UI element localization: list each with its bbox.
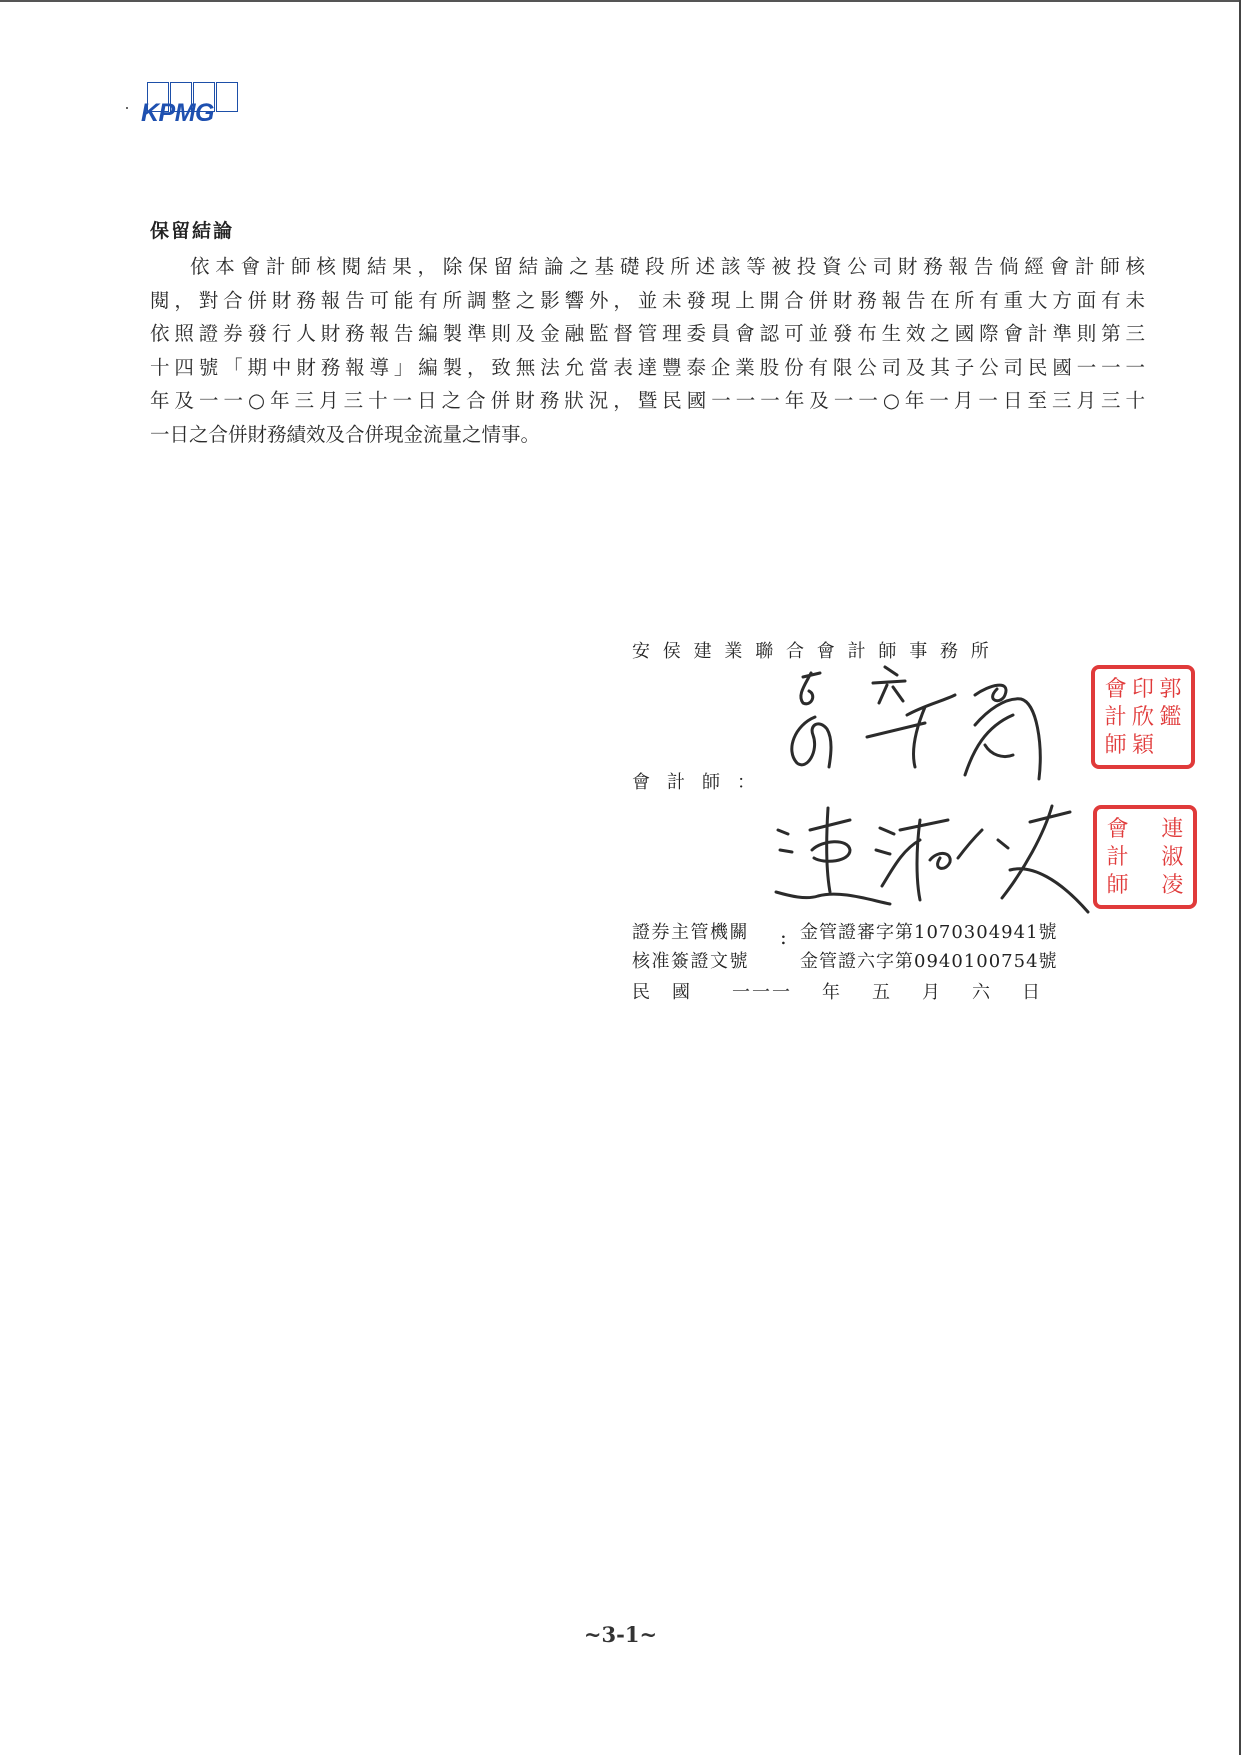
section-heading: 保留結論 [150, 216, 234, 243]
date-part: 年 [822, 978, 872, 1004]
date-part: 國 [672, 978, 732, 1004]
report-date: 民國一一一年五月六日 [632, 978, 1052, 1004]
paragraph-line: 閱，對合併財務報告可能有所調整之影響外，並未發現上開合併財務報告在所有重大方面有… [150, 284, 1145, 318]
registration-value: 金管證六字第0940100754號 [800, 947, 1058, 976]
registration-info: 證券主管機關 金管證審字第1070304941號 核准簽證文號 金管證六字第09… [632, 918, 1058, 976]
date-part: 民 [632, 978, 672, 1004]
logo-text: KPMG [141, 99, 214, 128]
date-part: 六 [972, 978, 1022, 1004]
registration-colon: : [780, 927, 787, 947]
paragraph-line: 依本會計師核閱結果，除保留結論之基礎段所述該等被投資公司財務報告倘經會計師核 [150, 250, 1145, 284]
registration-value: 金管證審字第1070304941號 [800, 918, 1058, 947]
paragraph-line: 十四號「期中財務報導」編製，致無法允當表達豐泰企業股份有限公司及其子公司民國一一… [150, 351, 1145, 385]
paragraph-line: 一日之合併財務績效及合併現金流量之情事。 [150, 418, 1145, 452]
handwritten-signature-2 [770, 800, 1100, 915]
scan-top-edge [0, 0, 1241, 2]
registration-label: 核准簽證文號 [632, 947, 800, 976]
date-part: 日 [1022, 978, 1052, 1004]
registration-label: 證券主管機關 [632, 918, 800, 947]
paragraph-line: 年及一一○年三月三十一日之合併財務狀況，暨民國一一一年及一一○年一月一日至三月三… [150, 384, 1145, 418]
conclusion-paragraph: 依本會計師核閱結果，除保留結論之基礎段所述該等被投資公司財務報告倘經會計師核 閱… [150, 250, 1145, 451]
kpmg-logo: KPMG [141, 82, 241, 124]
handwritten-signature-1 [775, 655, 1095, 785]
paragraph-line: 依照證券發行人財務報告編製準則及金融監督管理委員會認可並發布生效之國際會計準則第… [150, 317, 1145, 351]
date-part: 五 [872, 978, 922, 1004]
registration-row: 核准簽證文號 金管證六字第0940100754號 [632, 947, 1058, 976]
registration-row: 證券主管機關 金管證審字第1070304941號 [632, 918, 1058, 947]
scan-artifact [126, 107, 128, 109]
page-number: ~3-1~ [0, 1622, 1241, 1647]
date-part: 一一一 [732, 978, 822, 1004]
accountant-label: 會計師： [632, 768, 772, 794]
date-part: 月 [922, 978, 972, 1004]
accountant-seal-2: 會 連 計 淑 師 凌 [1093, 805, 1197, 909]
accountant-seal-1: 會 印 郭 計 欣 鑑 師 穎 [1091, 665, 1195, 769]
